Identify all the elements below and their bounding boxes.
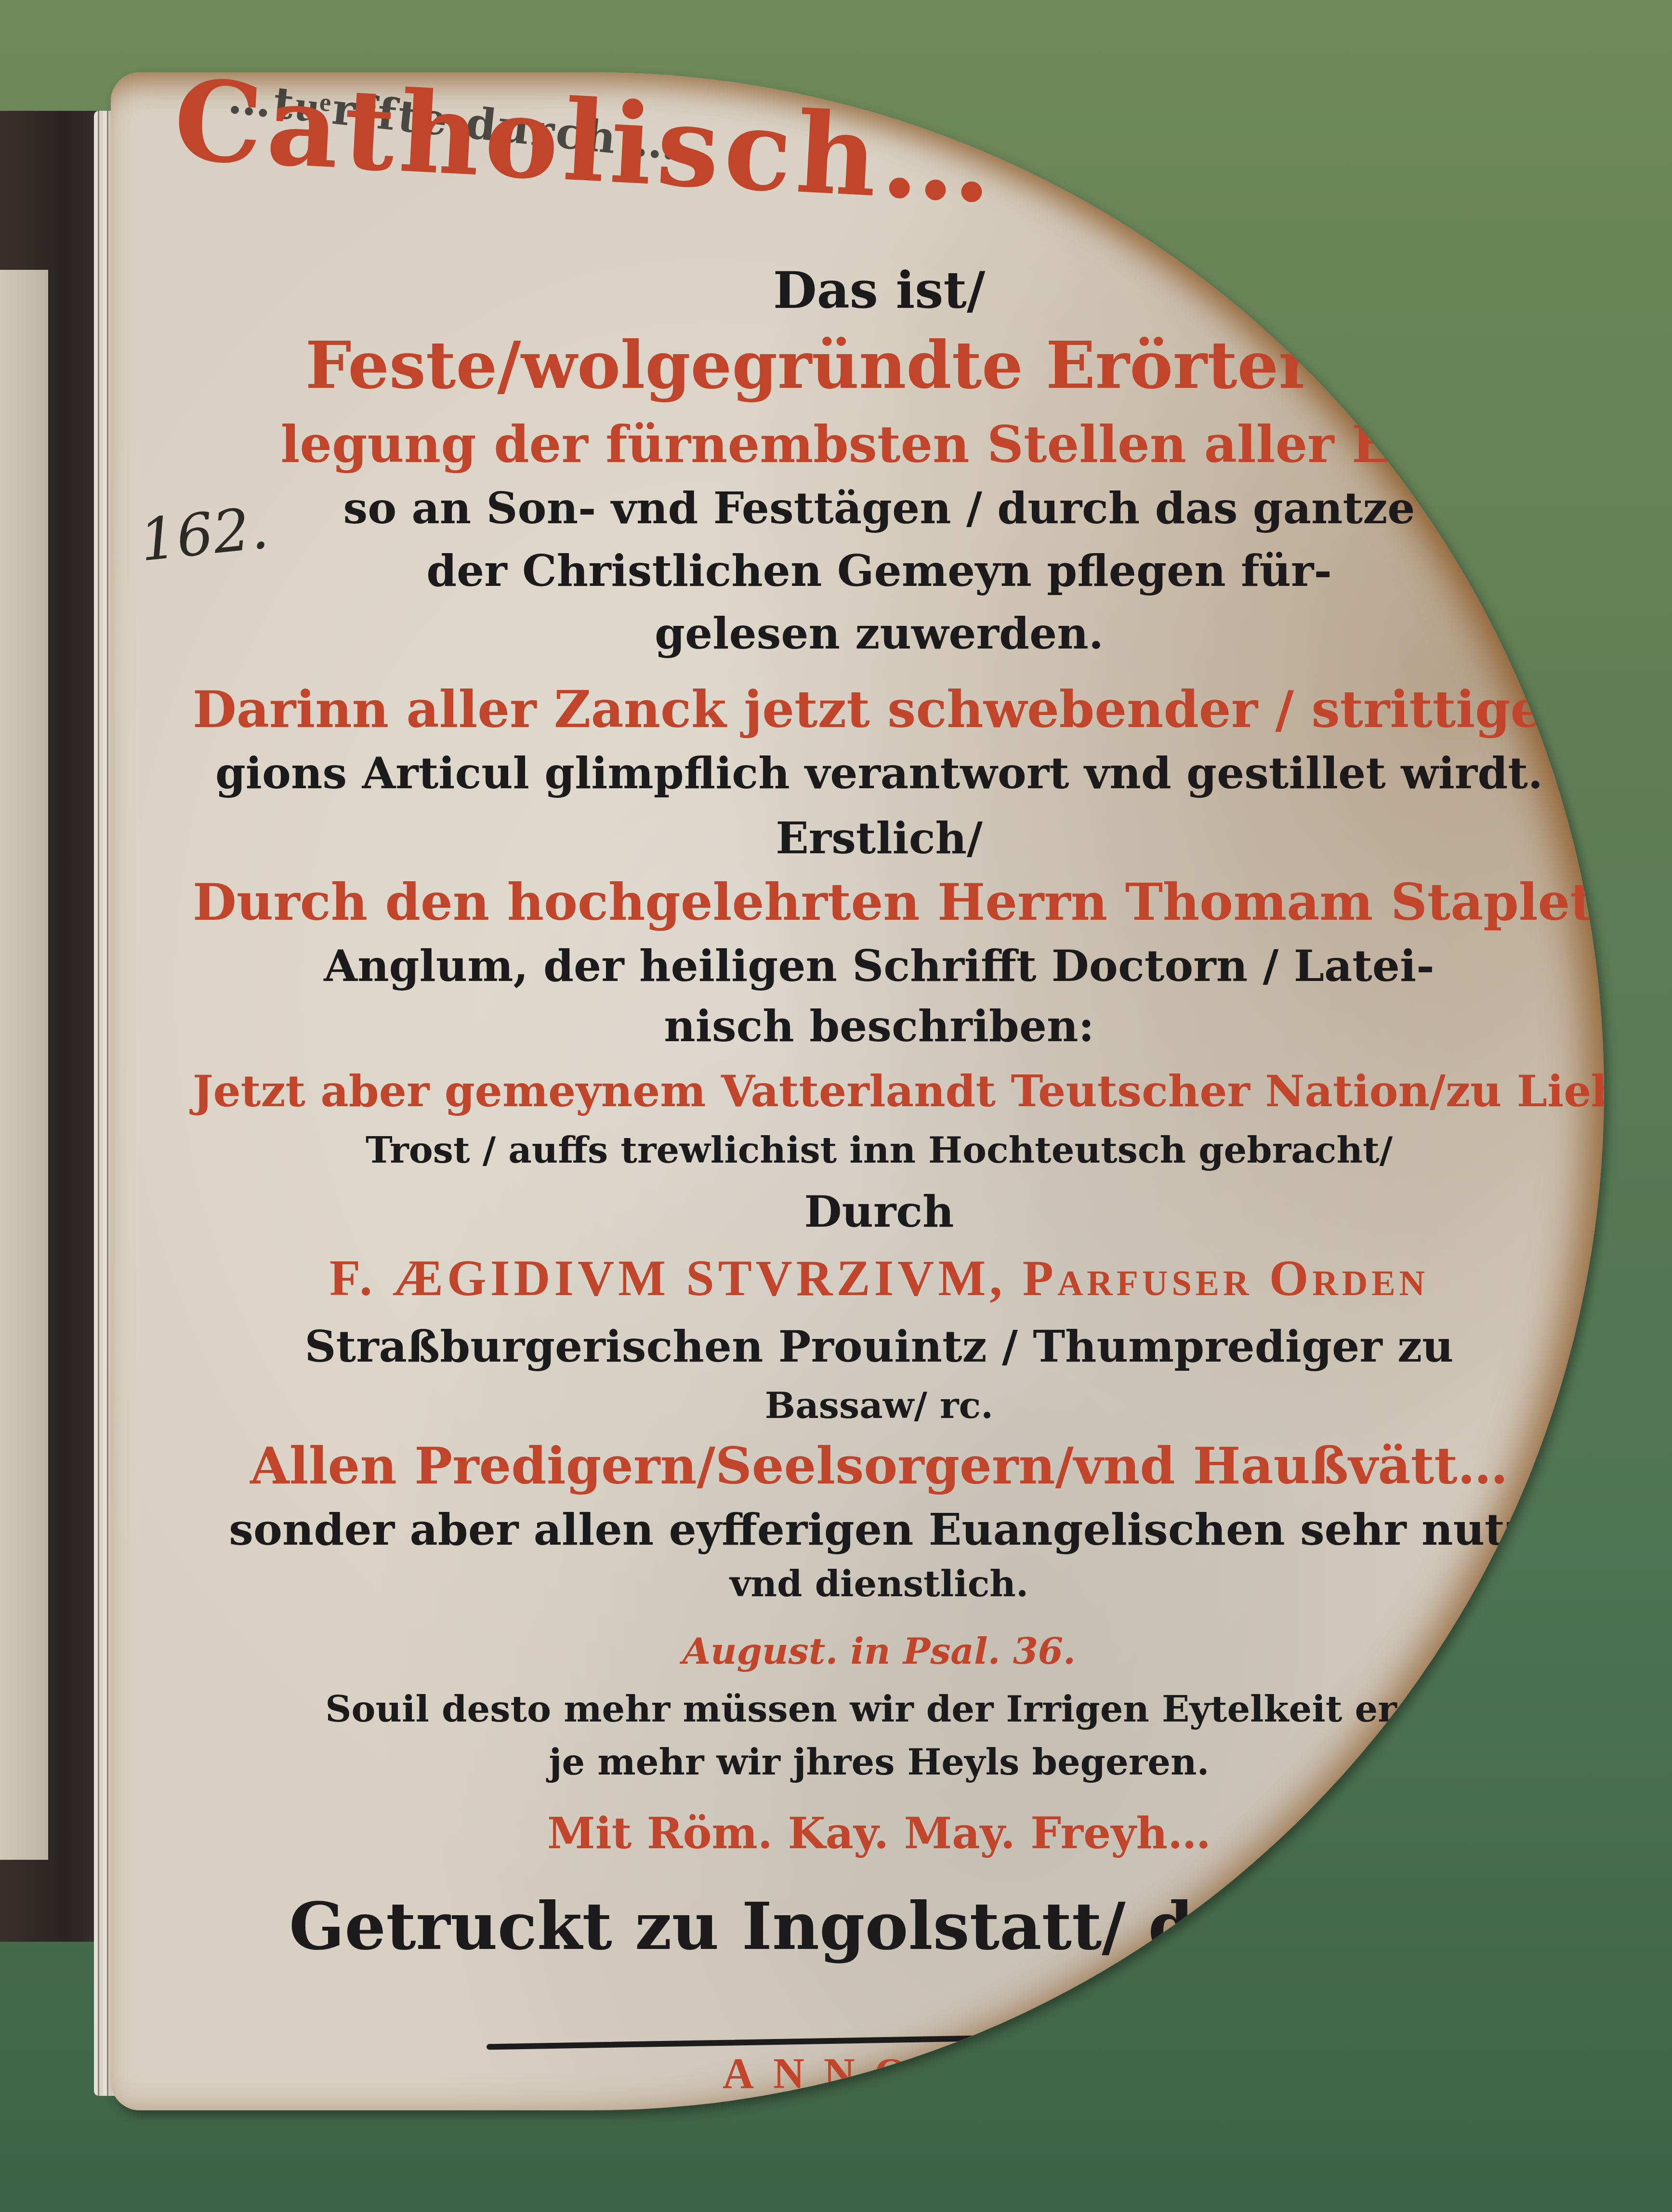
title-line: vnd dienstlich. [193,1566,1566,1602]
author-name-line: F. ÆGIDIVM STVRZIVM, Parfuser Orden [193,1253,1566,1303]
title-line: so an Son- vnd Festtägen / durch das gan… [193,487,1566,530]
quote-line: je mehr wir jhres Heyls begeren. [193,1744,1566,1780]
title-line: Anglum, der heiligen Schrifft Doctorn / … [193,944,1566,988]
title-line: Straßburgerischen Prouintz / Thumpredige… [193,1325,1566,1368]
title-page: …tuͤrffte durch … 162. Catholisch… Das i… [111,72,1604,2110]
title-line: Feste/wolgegründte Erörterung [193,332,1566,397]
title-line: Erstlich/ [193,817,1566,860]
title-line: Trost / auffs trewlichist inn Hochteutsc… [193,1132,1566,1168]
title-line: Durch [193,1190,1566,1233]
title-line: nisch beschriben: [193,1005,1566,1048]
title-line: Bassaw/ rc. [193,1388,1566,1424]
title-line: Jetzt aber gemeynem Vatterlandt Teutsche… [193,1070,1566,1113]
title-line: Allen Predigern/Seelsorgern/vnd Haußvätt… [193,1441,1566,1491]
title-text-block: Catholisch… Das ist/ Feste/wolgegründte … [193,72,1566,2110]
date-line: ANNO M. D… [723,2053,1566,2096]
quote-line: Souil desto mehr müssen wir der Irrigen … [193,1691,1566,1727]
title-heading: Catholisch… [171,72,1567,248]
spine-paper-strip [0,270,48,1860]
title-line: gions Articul glimpflich verantwort vnd … [193,752,1566,795]
citation-line: August. in Psal. 36. [193,1633,1566,1669]
title-line: gelesen zuwerden. [193,612,1566,655]
title-line: Das ist/ [193,265,1566,316]
imprint-line: Getruckt zu Ingolstatt/ durch W… [289,1894,1566,1959]
privilege-line: Mit Röm. Kay. May. Freyh… [193,1812,1566,1855]
title-line: Darinn aller Zanck jetzt schwebender / s… [193,684,1566,735]
title-line: legung der fürnembsten Stellen aller Eu… [193,419,1566,470]
title-line: Durch den hochgelehrten Herrn Thomam Sta… [193,877,1566,927]
title-line: sonder aber allen eyfferigen Euangelisch… [193,1508,1566,1551]
title-line: der Christlichen Gemeyn pflegen für- [193,549,1566,593]
